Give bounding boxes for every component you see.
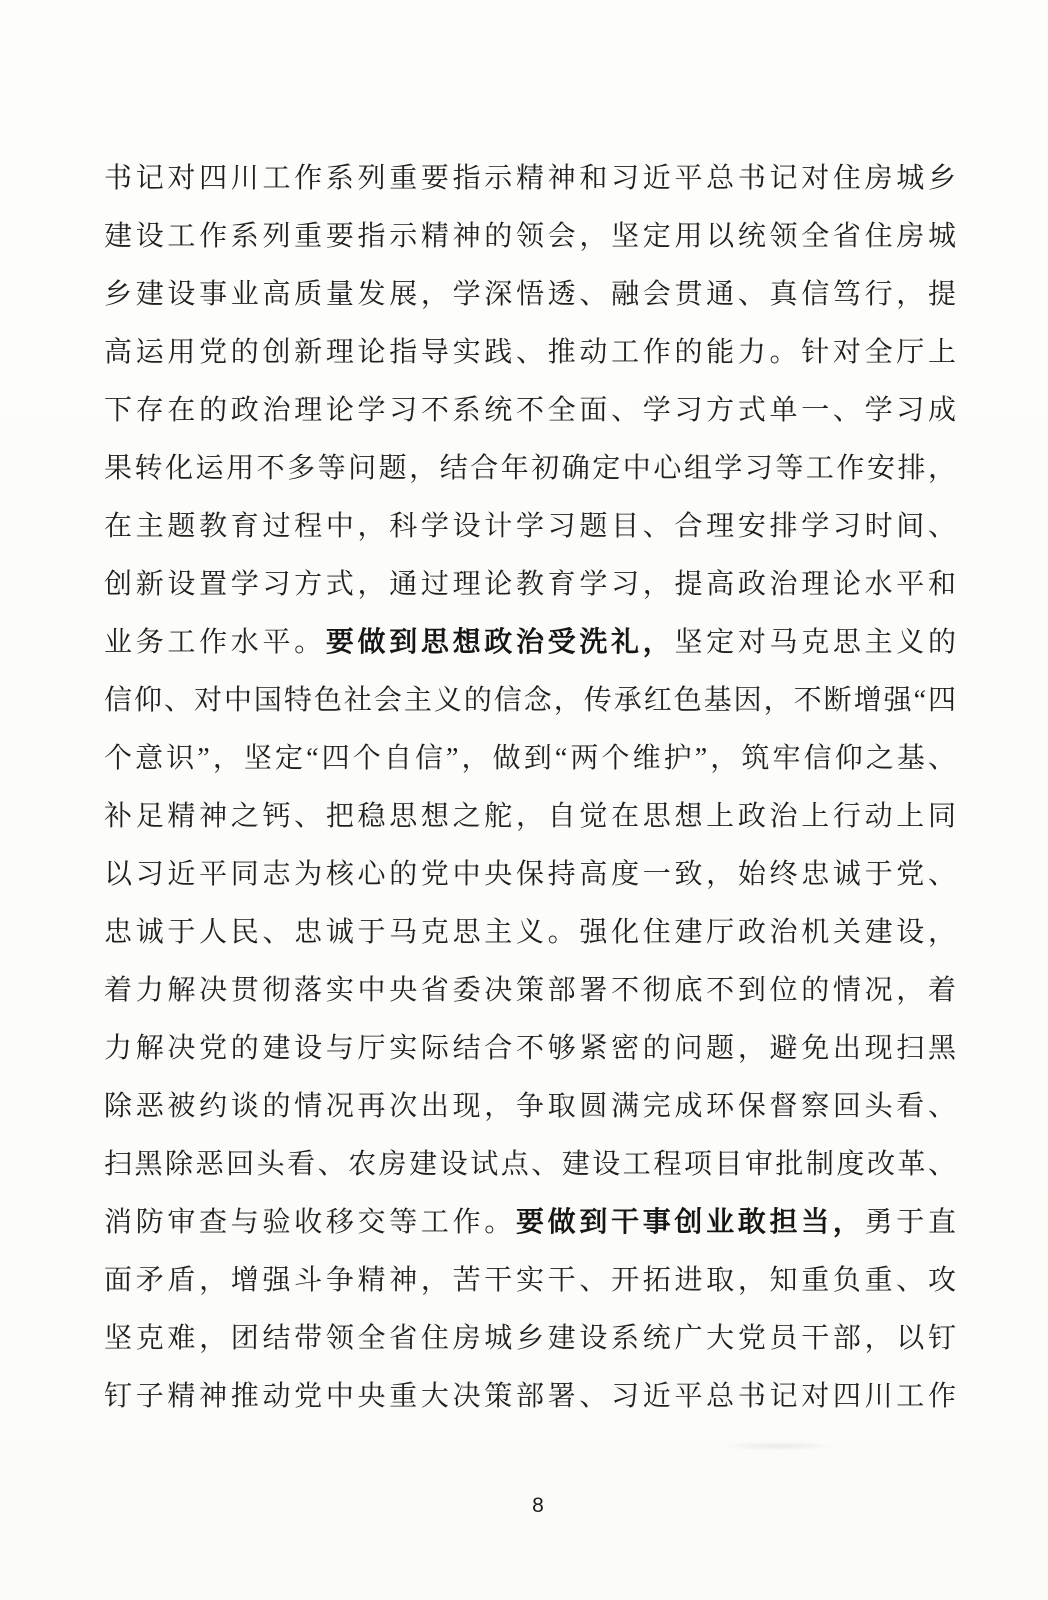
body-text: 着力解决贯彻落实中央省委决策部署不彻底不到位的情况，着	[104, 975, 956, 1006]
body-text: 业务工作水平。	[104, 627, 326, 658]
text-line: 力解决党的建设与厅实际结合不够紧密的问题，避免出现扫黑	[104, 1020, 956, 1078]
body-text: 以习近平同志为核心的党中央保持高度一致，始终忠诚于党、	[104, 859, 956, 890]
text-line: 业务工作水平。要做到思想政治受洗礼，坚定对马克思主义的	[104, 614, 956, 672]
text-line: 扫黑除恶回头看、农房建设试点、建设工程项目审批制度改革、	[104, 1136, 956, 1194]
text-line: 以习近平同志为核心的党中央保持高度一致，始终忠诚于党、	[104, 846, 956, 904]
body-text: 信仰、对中国特色社会主义的信念，传承红色基因，不断增强“四	[104, 685, 956, 716]
document-body: 书记对四川工作系列重要指示精神和习近平总书记对住房城乡建设工作系列重要指示精神的…	[104, 150, 956, 1426]
text-line: 消防审查与验收移交等工作。要做到干事创业敢担当，勇于直	[104, 1194, 956, 1252]
body-text: 乡建设事业高质量发展，学深悟透、融会贯通、真信笃行，提	[104, 279, 956, 310]
body-text: 书记对四川工作系列重要指示精神和习近平总书记对住房城乡	[104, 163, 956, 194]
emphasis-text: 要做到思想政治受洗礼，	[326, 627, 675, 658]
body-text: 勇于直	[865, 1207, 956, 1238]
body-text: 除恶被约谈的情况再次出现，争取圆满完成环保督察回头看、	[104, 1091, 956, 1122]
body-text: 下存在的政治理论学习不系统不全面、学习方式单一、学习成	[104, 395, 956, 426]
body-text: 坚定对马克思主义的	[674, 627, 956, 658]
body-text: 忠诚于人民、忠诚于马克思主义。强化住建厅政治机关建设，	[104, 917, 956, 948]
body-text: 补足精神之钙、把稳思想之舵，自觉在思想上政治上行动上同	[104, 801, 956, 832]
text-line: 着力解决贯彻落实中央省委决策部署不彻底不到位的情况，着	[104, 962, 956, 1020]
body-text: 果转化运用不多等问题，结合年初确定中心组学习等工作安排，	[104, 453, 956, 484]
text-line: 信仰、对中国特色社会主义的信念，传承红色基因，不断增强“四	[104, 672, 956, 730]
text-line: 坚克难，团结带领全省住房城乡建设系统广大党员干部，以钉	[104, 1310, 956, 1368]
body-text: 在主题教育过程中，科学设计学习题目、合理安排学习时间、	[104, 511, 956, 542]
text-line: 面矛盾，增强斗争精神，苦干实干、开拓进取，知重负重、攻	[104, 1252, 956, 1310]
text-line: 果转化运用不多等问题，结合年初确定中心组学习等工作安排，	[104, 440, 956, 498]
body-text: 面矛盾，增强斗争精神，苦干实干、开拓进取，知重负重、攻	[104, 1265, 956, 1296]
body-text: 力解决党的建设与厅实际结合不够紧密的问题，避免出现扫黑	[104, 1033, 956, 1064]
text-line: 钉子精神推动党中央重大决策部署、习近平总书记对四川工作	[104, 1368, 956, 1426]
text-line: 下存在的政治理论学习不系统不全面、学习方式单一、学习成	[104, 382, 956, 440]
body-text: 建设工作系列重要指示精神的领会，坚定用以统领全省住房城	[104, 221, 956, 252]
text-line: 建设工作系列重要指示精神的领会，坚定用以统领全省住房城	[104, 208, 956, 266]
text-line: 创新设置学习方式，通过理论教育学习，提高政治理论水平和	[104, 556, 956, 614]
text-line: 书记对四川工作系列重要指示精神和习近平总书记对住房城乡	[104, 150, 956, 208]
text-line: 个意识”，坚定“四个自信”，做到“两个维护”，筑牢信仰之基、	[104, 730, 956, 788]
page-number: 8	[0, 1494, 1048, 1518]
body-text: 钉子精神推动党中央重大决策部署、习近平总书记对四川工作	[104, 1381, 956, 1412]
body-text: 高运用党的创新理论指导实践、推动工作的能力。针对全厅上	[104, 337, 956, 368]
text-line: 补足精神之钙、把稳思想之舵，自觉在思想上政治上行动上同	[104, 788, 956, 846]
scanned-document-page: 书记对四川工作系列重要指示精神和习近平总书记对住房城乡建设工作系列重要指示精神的…	[0, 0, 1048, 1600]
body-text: 坚克难，团结带领全省住房城乡建设系统广大党员干部，以钉	[104, 1323, 956, 1354]
text-line: 高运用党的创新理论指导实践、推动工作的能力。针对全厅上	[104, 324, 956, 382]
body-text: 扫黑除恶回头看、农房建设试点、建设工程项目审批制度改革、	[104, 1149, 956, 1180]
body-text: 消防审查与验收移交等工作。	[104, 1207, 516, 1238]
emphasis-text: 要做到干事创业敢担当，	[516, 1207, 865, 1238]
text-line: 除恶被约谈的情况再次出现，争取圆满完成环保督察回头看、	[104, 1078, 956, 1136]
text-line: 乡建设事业高质量发展，学深悟透、融会贯通、真信笃行，提	[104, 266, 956, 324]
body-text: 创新设置学习方式，通过理论教育学习，提高政治理论水平和	[104, 569, 956, 600]
text-line: 忠诚于人民、忠诚于马克思主义。强化住建厅政治机关建设，	[104, 904, 956, 962]
scan-smudge-artifact	[718, 1441, 838, 1451]
text-line: 在主题教育过程中，科学设计学习题目、合理安排学习时间、	[104, 498, 956, 556]
body-text: 个意识”，坚定“四个自信”，做到“两个维护”，筑牢信仰之基、	[104, 743, 956, 774]
